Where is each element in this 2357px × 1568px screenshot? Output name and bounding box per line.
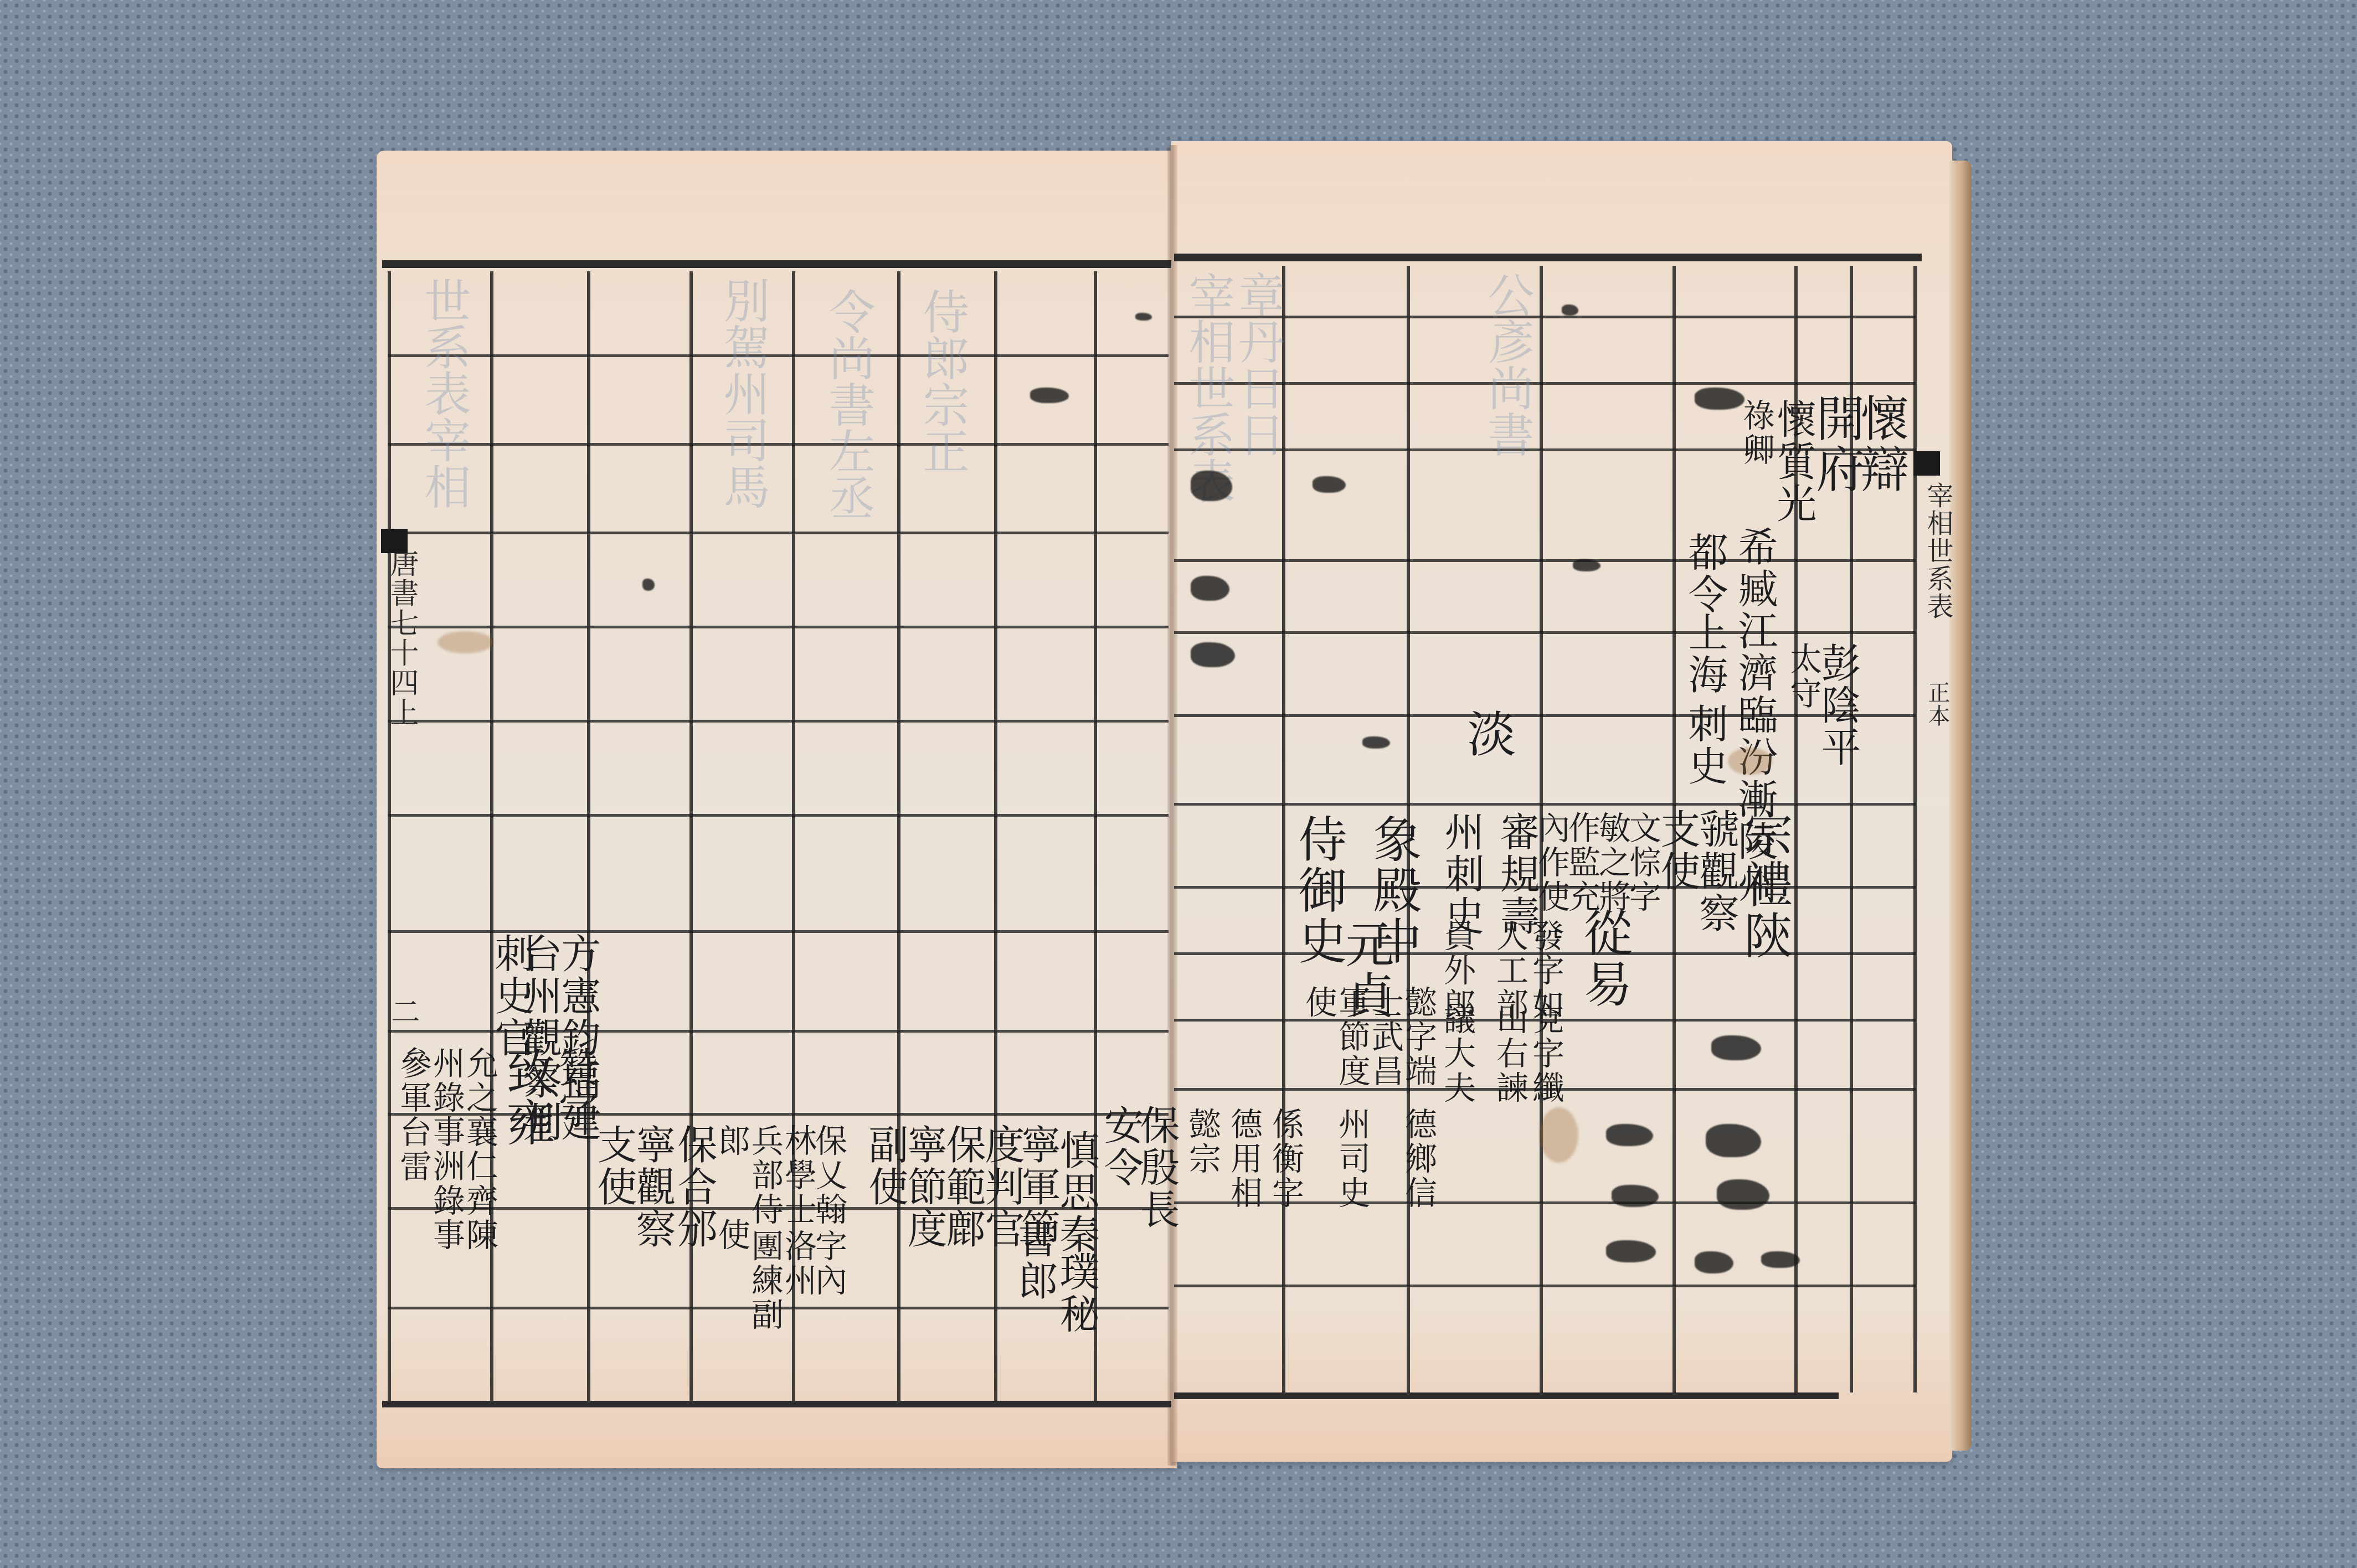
show-through-text: 侍郎宗正 (919, 288, 966, 474)
entry-text: 寧觀察 (631, 1124, 673, 1250)
ink-mark (1606, 1240, 1656, 1262)
entry-text: 郎 (714, 1124, 748, 1158)
grid-hline (388, 354, 1169, 357)
entry-text: 寧節度 (903, 1124, 945, 1250)
entry-text: 州刺史 (1440, 811, 1482, 937)
grid-vline (388, 271, 391, 1401)
grid-hline (388, 814, 1169, 817)
entry-text: 開府 (1811, 393, 1862, 495)
entry-text: 淡 (1462, 709, 1513, 760)
entry-text: 軍節度 (1335, 986, 1368, 1089)
entry-text: 宗禮陝 (1739, 808, 1790, 961)
grid-hline (388, 532, 1169, 534)
right-margin-label: 宰相世系表 (1919, 482, 1957, 620)
entry-text: 副使 (864, 1124, 906, 1208)
entry-text: 兵部侍 (748, 1124, 781, 1227)
entry-text: 德用相 (1227, 1107, 1260, 1210)
ink-blot (1135, 313, 1152, 321)
grid-hline (1174, 803, 1916, 806)
grid-hline (1174, 631, 1916, 634)
entry-text: 上海 (1684, 612, 1726, 696)
grid-hline (1174, 1285, 1916, 1287)
ink-mark (1362, 736, 1390, 749)
entry-text: 懷質光 (1772, 399, 1814, 525)
entry-text: 係衡字 (1268, 1107, 1302, 1210)
entry-text: 使 (1301, 986, 1335, 1020)
entry-text: 德鄉信 (1401, 1107, 1435, 1210)
entry-text: 都令 (1684, 532, 1726, 616)
entry-text: 懿宗 (1185, 1107, 1219, 1176)
entry-text: 璞秘 (1055, 1251, 1097, 1335)
entry-text: 參軍台雷 (396, 1046, 430, 1184)
entry-text: 林學士 (781, 1124, 815, 1227)
ink-mark (1191, 642, 1235, 667)
entry-text: 保範鄜 (941, 1124, 984, 1250)
entry-text: 虢觀察 (1695, 808, 1737, 935)
entry-text: 刺史 (1684, 703, 1726, 787)
grid-vline (587, 271, 590, 1401)
show-through-text: 令尚書左丞 (825, 288, 872, 520)
fishtail-mark (1913, 451, 1940, 476)
ink-mark (1695, 1251, 1733, 1273)
stain (1728, 747, 1772, 775)
entry-text: 使 (714, 1218, 748, 1252)
left-top-border (382, 260, 1171, 268)
ink-mark (1562, 305, 1578, 316)
margin-numeral: 二 (382, 997, 424, 1027)
ink-mark (1606, 1124, 1653, 1146)
entry-text: 審規壽 (1495, 811, 1537, 937)
stain (1540, 1107, 1578, 1163)
right-page (1171, 141, 1952, 1462)
grid-hline (388, 626, 1169, 628)
show-through-text: 公彥尚書 (1484, 271, 1531, 457)
left-margin-title: 唐書七十四上 (381, 548, 423, 728)
grid-hline (1174, 714, 1916, 717)
entry-text: 允之襄仁齊陳 (462, 1046, 496, 1252)
entry-text: 支使 (1656, 808, 1698, 893)
entry-text: 慎思秦 (1055, 1129, 1097, 1256)
entry-text: 太守 (1786, 642, 1820, 711)
entry-text: 保合邠 (673, 1124, 715, 1250)
entry-text: 刺史官 (490, 933, 532, 1059)
grid-hline (388, 443, 1169, 446)
ink-mark (1313, 476, 1346, 493)
fishtail-mark (381, 529, 408, 553)
ink-mark (1612, 1185, 1659, 1207)
entry-text: 兗字纖 (1529, 1002, 1562, 1105)
entry-text: 議大夫 (1440, 1002, 1474, 1105)
ink-mark (1191, 576, 1229, 601)
ink-mark (1761, 1251, 1800, 1268)
grid-vline (1913, 266, 1917, 1392)
entry-text: 州錄事洲錄事 (429, 1046, 463, 1252)
entry-text: 侍御史 (1293, 814, 1344, 967)
entry-text: 洛州 (781, 1229, 815, 1298)
grid-hline (388, 720, 1169, 723)
entry-text: 祿卿 (1739, 399, 1773, 467)
show-through-text: 宰相世系表 (1185, 271, 1232, 504)
ink-mark (1711, 1035, 1761, 1060)
page-edge-stack (1949, 161, 1972, 1451)
right-bottom-border (1174, 1392, 1839, 1399)
grid-hline (1174, 382, 1916, 385)
entry-text: 山右諫 (1493, 1002, 1526, 1105)
show-through-text: 別駕州司馬 (720, 277, 766, 509)
left-bottom-border (382, 1401, 1171, 1407)
right-margin-small: 正本 (1922, 681, 1953, 728)
entry-text: 彭陰平 (1816, 642, 1859, 768)
entry-text: 州司史 (1335, 1107, 1368, 1210)
right-top-border (1174, 254, 1922, 261)
entry-text: 安令 (1099, 1105, 1141, 1189)
entry-text: 懿字端 (1401, 986, 1435, 1089)
grid-hline (1174, 559, 1916, 562)
entry-text: 方憲鈞福建 (557, 933, 599, 1143)
ink-mark (1573, 559, 1601, 571)
entry-text: 度判官 (980, 1124, 1022, 1250)
ink-mark (1695, 388, 1744, 410)
ink-blot (1030, 388, 1069, 403)
show-through-text: 世系表宰相 (421, 277, 467, 509)
entry-text: 團練副 (748, 1229, 781, 1332)
grid-vline (897, 271, 900, 1401)
grid-hline (1174, 316, 1916, 318)
entry-text: 從易 (1578, 908, 1629, 1010)
stain (438, 631, 493, 653)
ink-blot (642, 579, 655, 591)
entry-text: 士武昌 (1368, 986, 1402, 1089)
show-through-text: 章丹日日 (1235, 271, 1282, 457)
